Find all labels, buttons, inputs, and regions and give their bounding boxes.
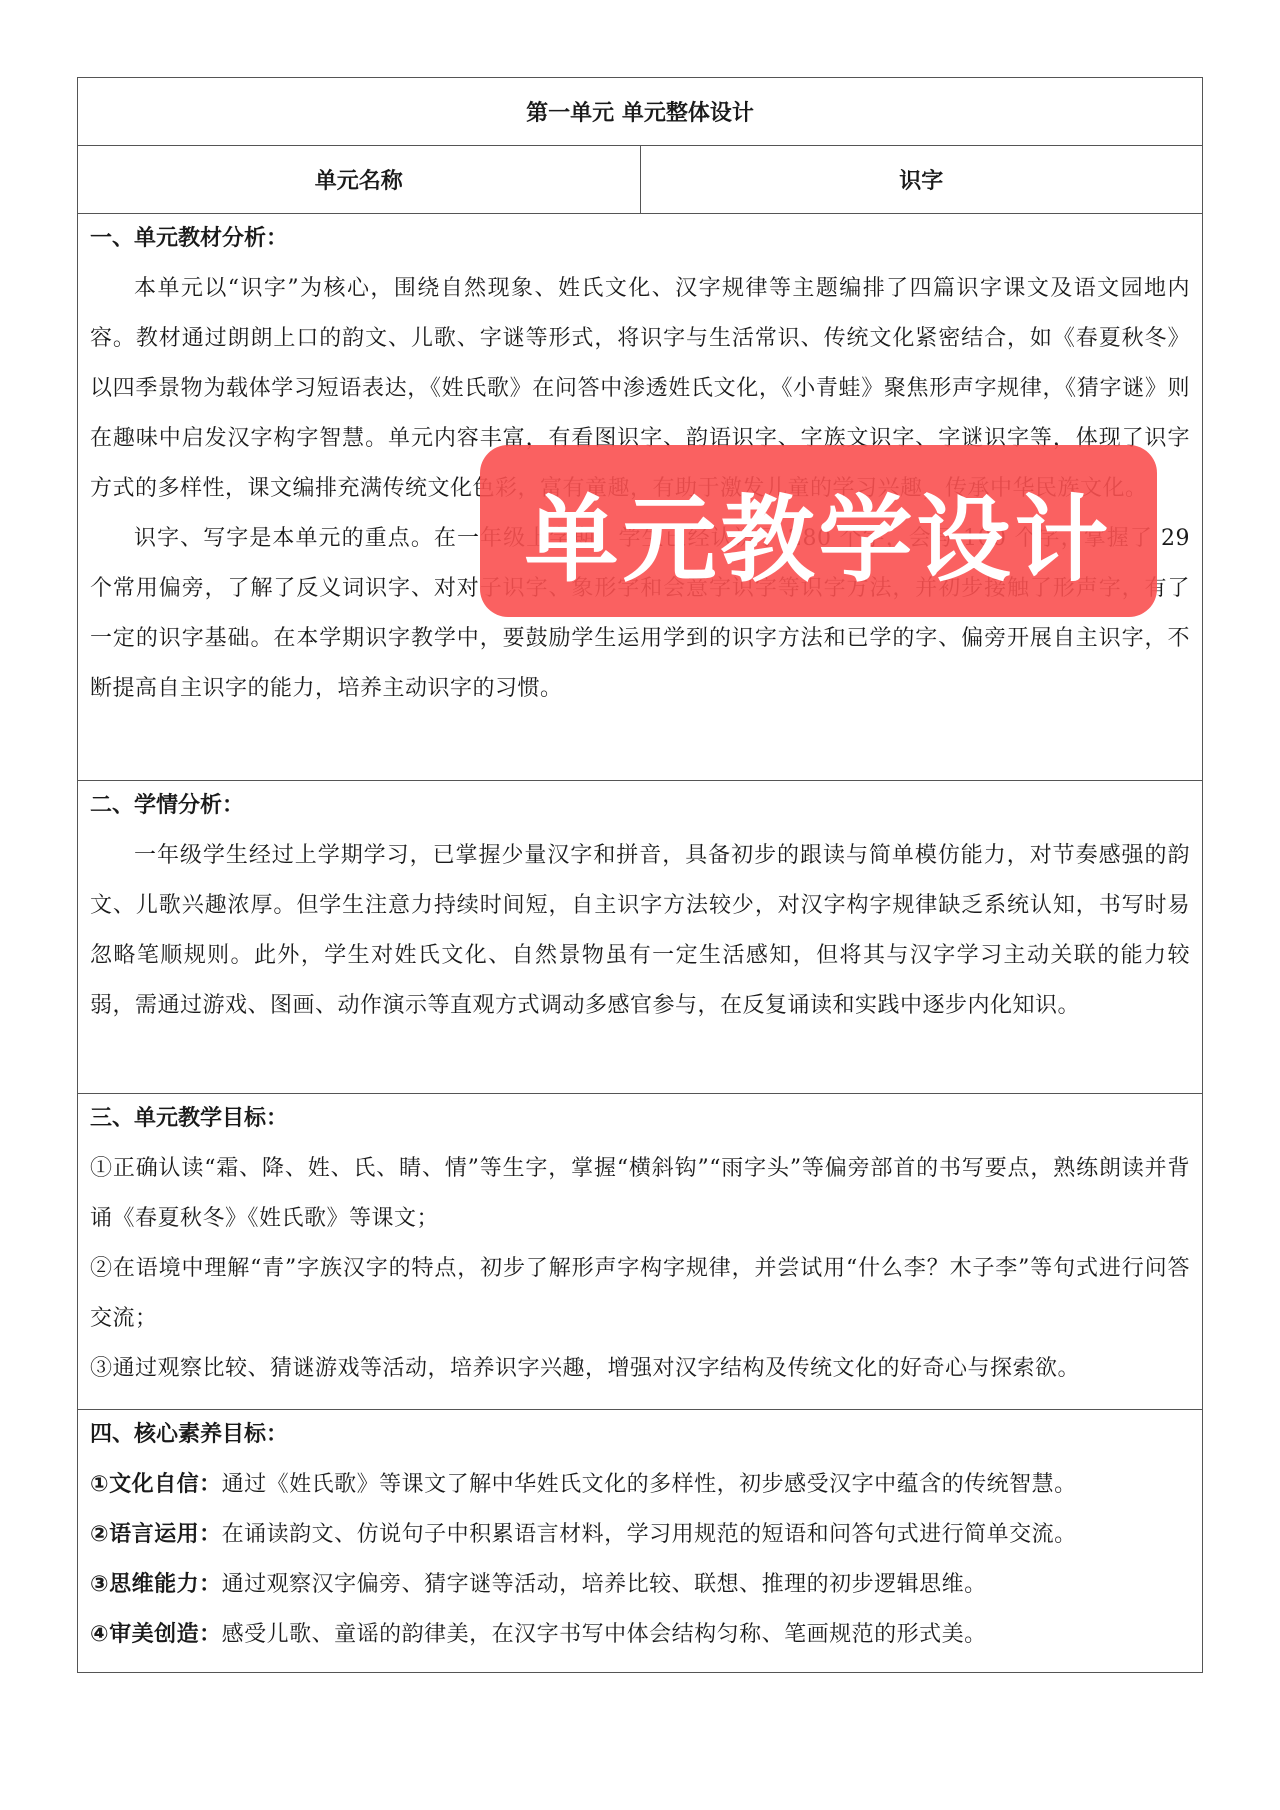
section-student-analysis: 二、学情分析： 一年级学生经过上学期学习，已掌握少量汉字和拼音，具备初步的跟读与… <box>78 781 1202 1094</box>
section-heading: 一、单元教材分析： <box>90 224 1190 254</box>
unit-name-label: 单元名称 <box>78 146 640 213</box>
goal-item: ③通过观察比较、猜谜游戏等活动，培养识字兴趣，增强对汉字结构及传统文化的好奇心与… <box>90 1344 1190 1394</box>
overlay-banner-text: 单元教学设计 <box>524 464 1112 599</box>
literacy-text: 通过《姓氏歌》等课文了解中华姓氏文化的多样性，初步感受汉字中蕴含的传统智慧。 <box>222 1472 1077 1497</box>
document-title: 第一单元 单元整体设计 <box>78 78 1202 146</box>
unit-name-value: 识字 <box>640 146 1203 213</box>
literacy-label: ①文化自信： <box>90 1472 222 1497</box>
section-heading: 三、单元教学目标： <box>90 1104 1190 1134</box>
literacy-item: ②语言运用：在诵读韵文、仿说句子中积累语言材料，学习用规范的短语和问答句式进行简… <box>90 1510 1190 1560</box>
literacy-text: 在诵读韵文、仿说句子中积累语言材料，学习用规范的短语和问答句式进行简单交流。 <box>222 1522 1077 1547</box>
literacy-label: ③思维能力： <box>90 1572 222 1597</box>
literacy-text: 通过观察汉字偏旁、猜字谜等活动，培养比较、联想、推理的初步逻辑思维。 <box>222 1572 987 1597</box>
section-heading: 二、学情分析： <box>90 791 1190 821</box>
goal-item: ①正确认读“霜、降、姓、氏、睛、情”等生字，掌握“横斜钩”“雨字头”等偏旁部首的… <box>90 1144 1190 1244</box>
literacy-item: ③思维能力：通过观察汉字偏旁、猜字谜等活动，培养比较、联想、推理的初步逻辑思维。 <box>90 1560 1190 1610</box>
literacy-text: 感受儿歌、童谣的韵律美，在汉字书写中体会结构匀称、笔画规范的形式美。 <box>222 1622 987 1647</box>
section-heading: 四、核心素养目标： <box>90 1420 1190 1450</box>
literacy-item: ①文化自信：通过《姓氏歌》等课文了解中华姓氏文化的多样性，初步感受汉字中蕴含的传… <box>90 1460 1190 1510</box>
paragraph: 一年级学生经过上学期学习，已掌握少量汉字和拼音，具备初步的跟读与简单模仿能力，对… <box>90 831 1190 1031</box>
literacy-item: ④审美创造：感受儿歌、童谣的韵律美，在汉字书写中体会结构匀称、笔画规范的形式美。 <box>90 1610 1190 1660</box>
goal-item: ②在语境中理解“青”字族汉字的特点，初步了解形声字构字规律，并尝试用“什么李？木… <box>90 1244 1190 1344</box>
overlay-banner: 单元教学设计 <box>480 445 1157 617</box>
literacy-label: ②语言运用： <box>90 1522 222 1547</box>
section-teaching-goals: 三、单元教学目标： ①正确认读“霜、降、姓、氏、睛、情”等生字，掌握“横斜钩”“… <box>78 1094 1202 1410</box>
literacy-label: ④审美创造： <box>90 1622 222 1647</box>
section-core-literacy-goals: 四、核心素养目标： ①文化自信：通过《姓氏歌》等课文了解中华姓氏文化的多样性，初… <box>78 1410 1202 1672</box>
unit-name-row: 单元名称 识字 <box>78 146 1202 214</box>
unit-design-table: 第一单元 单元整体设计 单元名称 识字 一、单元教材分析： 本单元以“识字”为核… <box>77 77 1203 1673</box>
